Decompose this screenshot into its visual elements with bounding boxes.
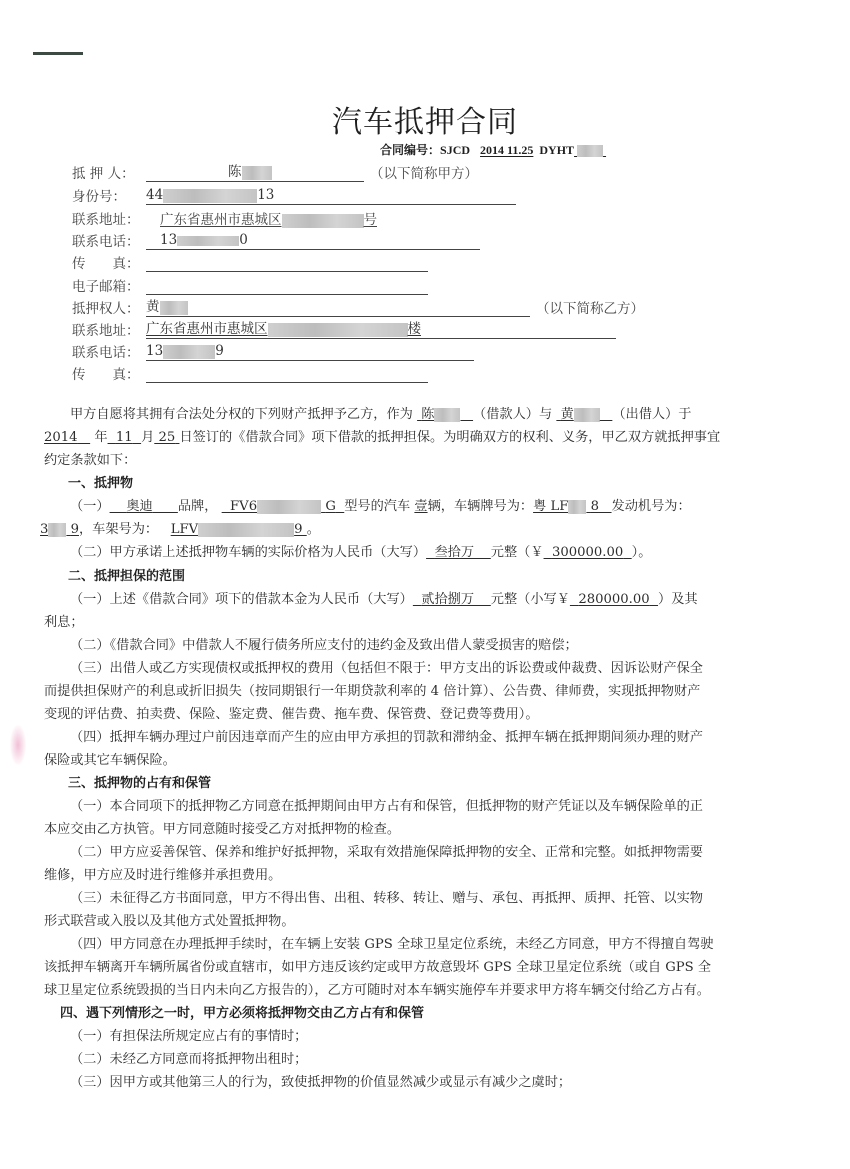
party-b-address-label: 联系地址： (72, 319, 146, 339)
lender-field: 黄 (556, 407, 612, 422)
party-a-address-label: 联系地址： (72, 208, 146, 228)
party-a-email-label: 电子邮箱： (72, 275, 146, 295)
contract-prefix: SJCD (440, 143, 470, 157)
quantity-field: 壹 (414, 499, 427, 514)
model-field: FV6 G (222, 499, 345, 514)
party-b-address-field: 广东省惠州市惠城区楼 (146, 317, 421, 337)
party-a-fax-row: 传 真： (72, 252, 428, 272)
party-a-phone-row: 联系电话：130 (72, 230, 480, 250)
section-3-line-6: 形式联营或入股以及其他方式处置抵押物。 (44, 911, 776, 934)
section-2-line-1: （一）上述《借款合同》项下的借款本金为人民币（大写） 贰拾捌万 元整（小写￥ 2… (44, 589, 802, 612)
section-3-line-5: （三）未征得乙方书面同意，甲方不得出售、出租、转移、转让、赠与、承包、再抵押、质… (44, 888, 802, 911)
plate-field: 粤 LF 8 (533, 499, 611, 514)
document-title: 汽车抵押合同 (0, 97, 850, 141)
party-a-name-label: 抵 押 人： (72, 162, 146, 182)
party-b-name-label: 抵押权人： (72, 297, 146, 317)
party-b-fax-field (146, 366, 428, 383)
section-3-line-8: 该抵押车辆离开车辆所属省份或直辖市，如甲方违反该约定或甲方故意毁坏 GPS 全球… (44, 957, 776, 980)
party-a-name-row: 抵 押 人：陈（以下简称甲方） (72, 162, 478, 182)
section-2-line-2: 利息； (44, 612, 776, 635)
loan-lower-field: 280000.00 (570, 592, 658, 607)
section-4-line-3: （三）因甲方或其他第三人的行为，致使抵押物的价值显然减少或显示有减少之虞时； (44, 1072, 802, 1095)
party-a-address-row: 联系地址：广东省惠州市惠城区号 (72, 208, 377, 228)
party-a-email-row: 电子邮箱： (72, 275, 428, 295)
vin-field: LFV9 (171, 522, 307, 537)
contract-code: DYHT (539, 143, 574, 157)
party-b-phone-field: 139 (146, 343, 224, 359)
party-a-note: （以下简称甲方） (370, 166, 478, 182)
contract-suffix-redacted (574, 143, 606, 157)
preamble-line-3: 约定条款如下： (44, 450, 776, 473)
party-b-address-row: 联系地址：广东省惠州市惠城区楼 (72, 319, 616, 339)
section-2-line-3: （二）《借款合同》中借款人不履行债务所应支付的违约金及致出借人蒙受损害的赔偿； (44, 635, 802, 658)
party-b-note: （以下简称乙方） (536, 301, 644, 317)
party-a-phone-field: 130 (160, 232, 248, 248)
party-b-phone-row: 联系电话：139 (72, 341, 474, 361)
party-a-name-field: 陈 (228, 160, 272, 180)
party-b-name-row: 抵押权人：黄（以下简称乙方） (72, 297, 644, 317)
section-2-line-6: 变现的评估费、拍卖费、保险、鉴定费、催告费、拖车费、保管费、登记费等费用）。 (44, 704, 776, 727)
party-a-id-field: 4413 (146, 187, 274, 203)
party-a-fax-label: 传 真： (72, 252, 146, 272)
section-2-heading: 二、抵押担保的范围 (68, 566, 800, 589)
section-1-line-3: （二）甲方承诺上述抵押物车辆的实际价格为人民币（大写） 叁拾万 元整（￥ 300… (44, 542, 802, 565)
engine-field: 3 9 (40, 522, 79, 537)
sign-day: 25 (154, 430, 179, 445)
section-3-line-3: （二）甲方应妥善保管、保养和维护好抵押物，采取有效措施保障抵押物的安全、正常和完… (44, 842, 802, 865)
borrower-field: 陈 (417, 407, 473, 422)
preamble-line-1: 甲方自愿将其拥有合法处分权的下列财产抵押予乙方，作为 陈 （借款人）与 黄 （出… (44, 404, 802, 427)
party-b-phone-label: 联系电话： (72, 341, 146, 361)
section-1-heading: 一、抵押物 (68, 473, 800, 496)
party-a-email-field (146, 278, 428, 295)
section-3-line-4: 维修，甲方应及时进行维修并承担费用。 (44, 865, 776, 888)
section-3-line-9: 球卫星定位系统毁损的当日内未向乙方报告的），乙方可随时对本车辆实施停车并要求甲方… (44, 980, 776, 1003)
party-a-id-row: 身份号：4413 (72, 185, 516, 205)
contract-number: 合同编号：SJCD2014 11.25DYHT (380, 141, 606, 158)
section-2-line-8: 保险或其它车辆保险。 (44, 750, 776, 773)
section-4-line-1: （一）有担保法所规定应占有的事情时； (44, 1026, 802, 1049)
value-upper-field: 叁拾万 (426, 545, 491, 560)
party-a-fax-field (146, 255, 428, 272)
loan-upper-field: 贰拾捌万 (413, 592, 491, 607)
sign-month: 11 (108, 430, 142, 445)
section-1-line-1: （一） 奥迪 品牌， FV6 G 型号的汽车 壹辆，车辆牌号为：粤 LF 8 发… (44, 496, 802, 519)
section-3-line-1: （一）本合同项下的抵押物乙方同意在抵押期间由甲方占有和保管，但抵押物的财产凭证以… (44, 796, 802, 819)
section-3-line-7: （四）甲方同意在办理抵押手续时，在车辆上安装 GPS 全球卫星定位系统，未经乙方… (44, 934, 802, 957)
preamble-line-2: 2014 年 11 月 25 日签订的《借款合同》项下借款的抵押担保。为明确双方… (44, 427, 776, 450)
section-4-line-2: （二）未经乙方同意而将抵押物出租时； (44, 1049, 802, 1072)
corner-mark (33, 52, 83, 55)
party-a-address-field: 广东省惠州市惠城区号 (160, 212, 377, 228)
contract-number-label: 合同编号： (380, 143, 440, 157)
section-2-line-4: （三）出借人或乙方实现债权或抵押权的费用（包括但不限于：甲方支出的诉讼费或仲裁费… (44, 658, 802, 681)
party-a-id-label: 身份号： (72, 185, 146, 205)
party-b-name-field: 黄 (146, 295, 188, 315)
party-b-fax-label: 传 真： (72, 363, 146, 383)
party-b-fax-row: 传 真： (72, 363, 428, 383)
contract-date: 2014 11.25 (470, 143, 539, 157)
section-2-line-5: 而提供担保财产的利息或折旧损失（按同期银行一年期贷款利率的 4 倍计算）、公告费… (44, 681, 776, 704)
section-3-line-2: 本应交由乙方执管。甲方同意随时接受乙方对抵押物的检查。 (44, 819, 776, 842)
section-4-heading: 四、遇下列情形之一时，甲方必须将抵押物交由乙方占有和保管 (60, 1003, 792, 1026)
value-lower-field: 300000.00 (544, 545, 632, 560)
section-1-line-2: 3 9，车架号为： LFV9 。 (40, 519, 772, 542)
sign-year: 2014 (44, 430, 90, 445)
party-a-phone-label: 联系电话： (72, 230, 146, 250)
brand-field: 奥迪 (110, 499, 178, 514)
seal-stamp-trace (10, 725, 26, 765)
section-3-heading: 三、抵押物的占有和保管 (68, 773, 800, 796)
section-2-line-7: （四）抵押车辆办理过户前因违章而产生的应由甲方承担的罚款和滞纳金、抵押车辆在抵押… (44, 727, 802, 750)
